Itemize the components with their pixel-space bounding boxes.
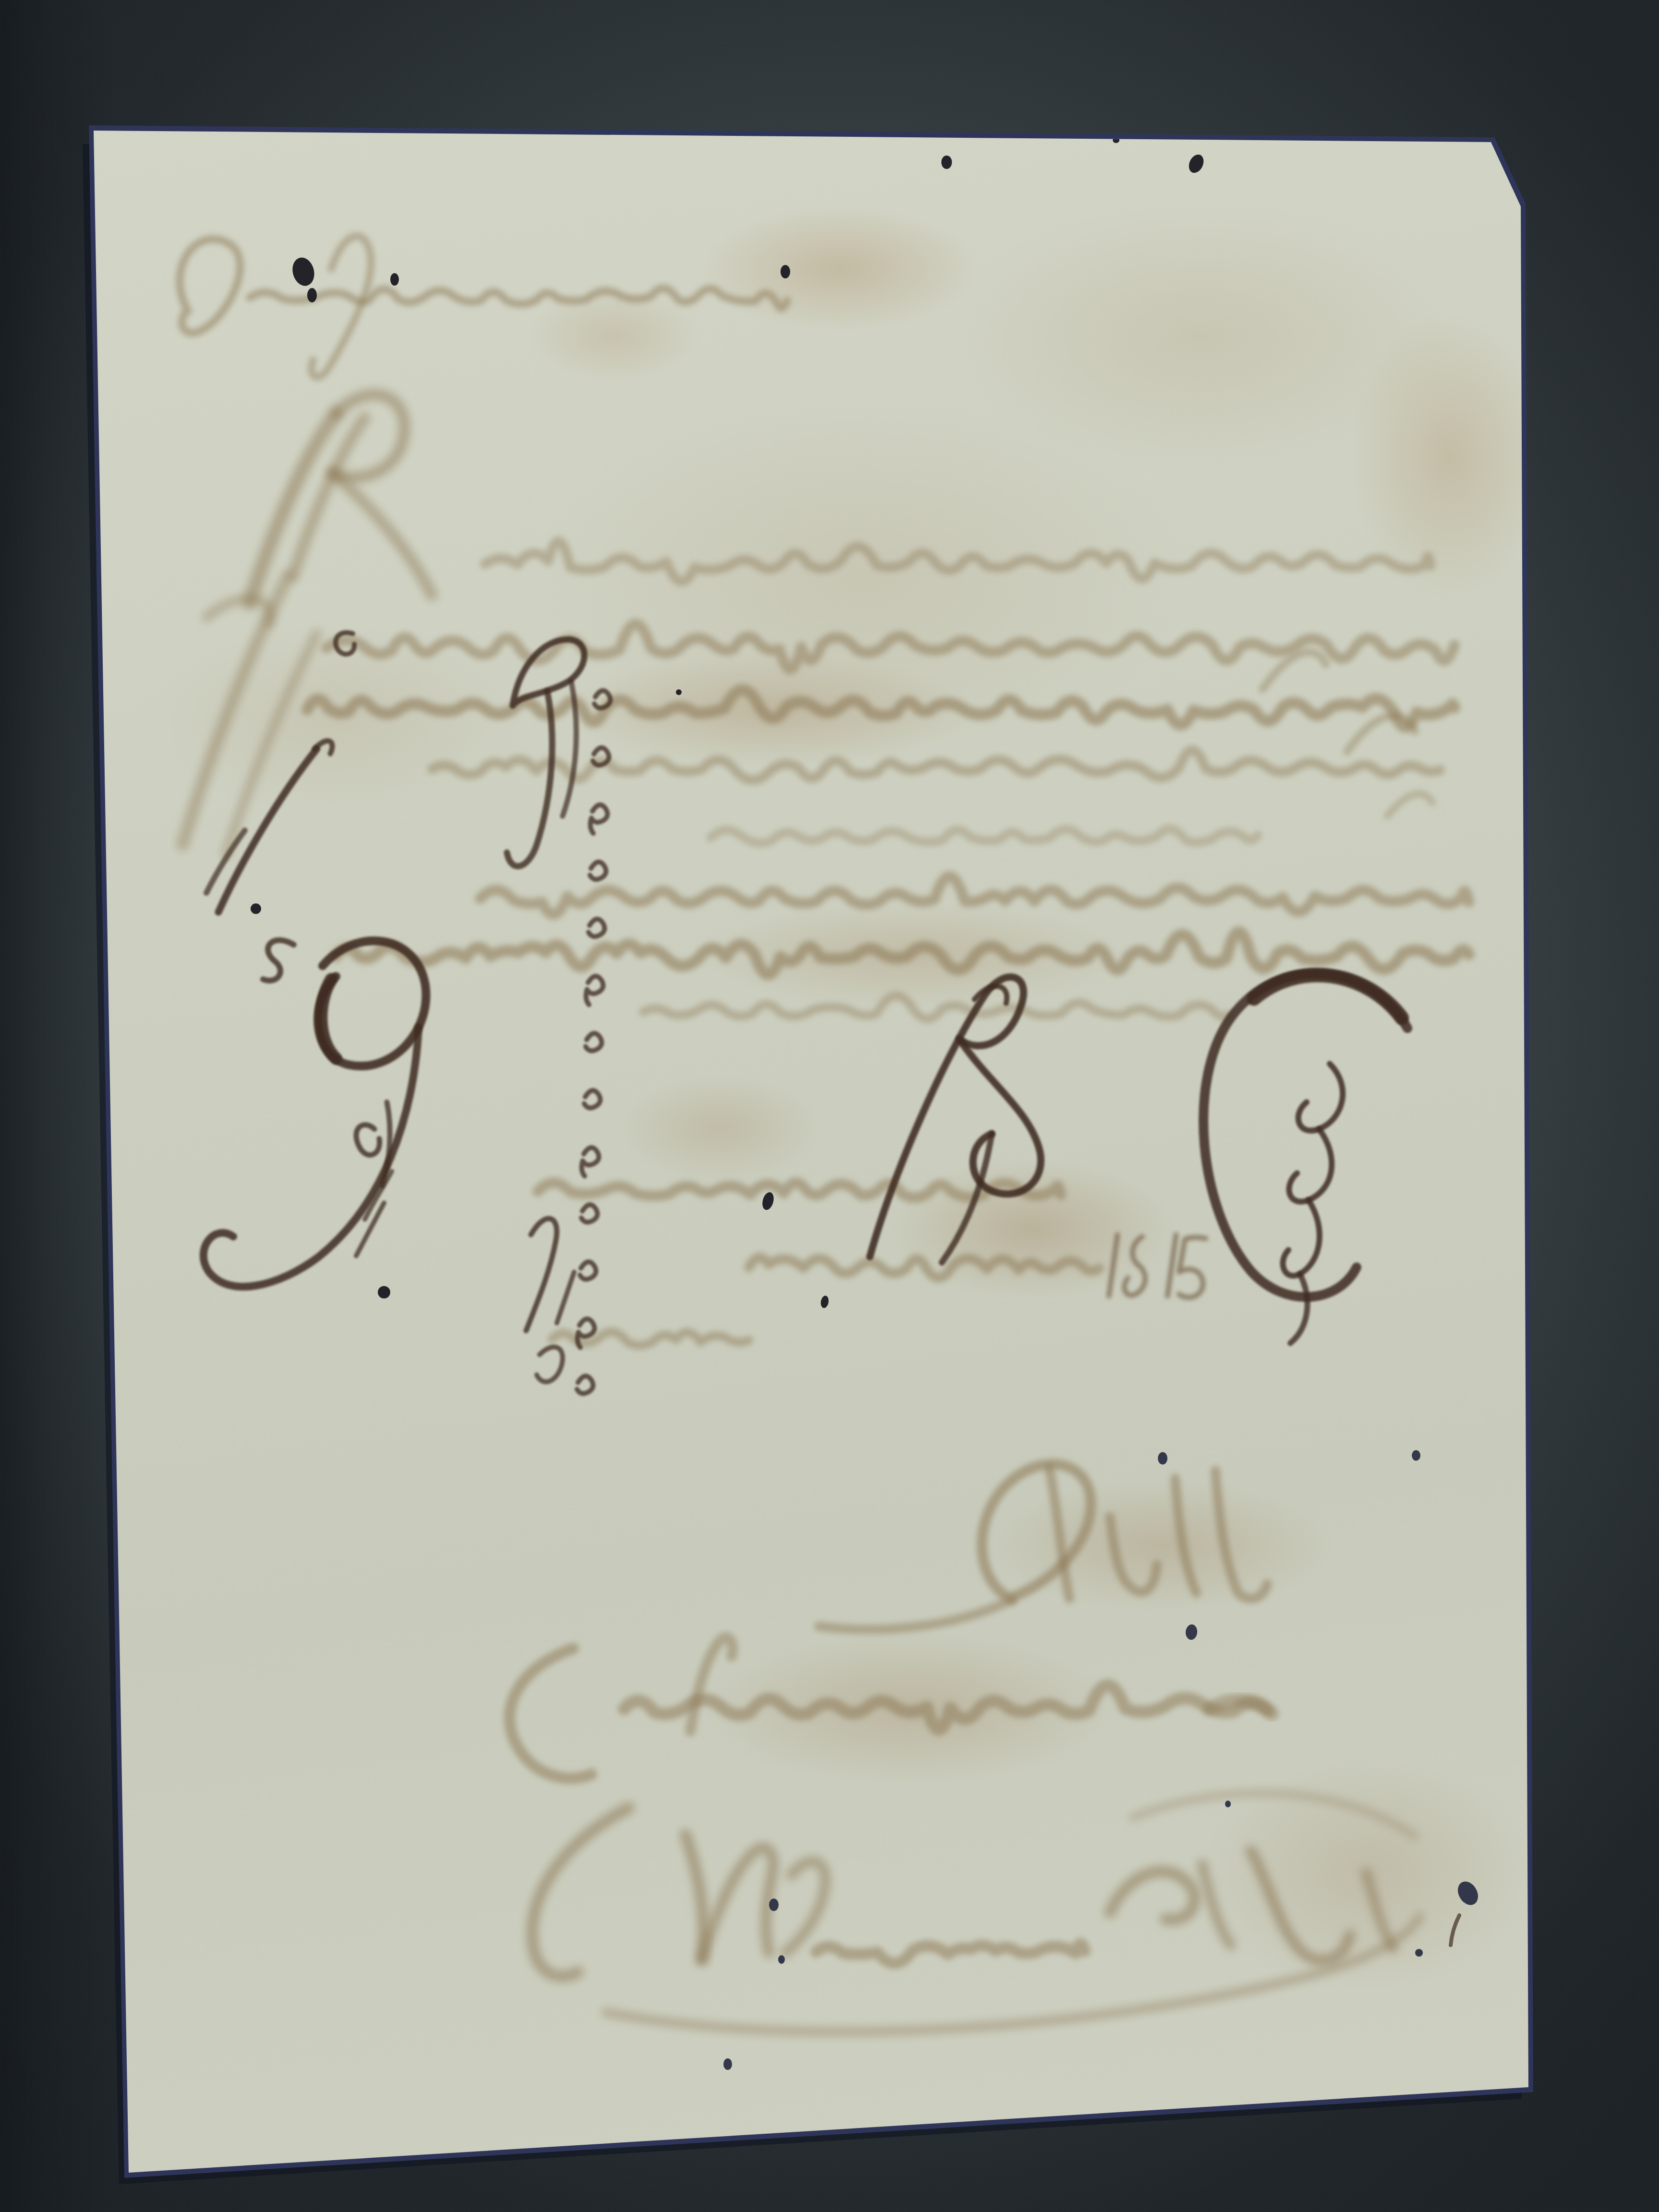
ink-blot [1186, 152, 1206, 175]
ink-blot [769, 1899, 779, 1911]
faded-date-numerals [1109, 1235, 1206, 1298]
ink-blot [1415, 1949, 1423, 1957]
ink-blot [723, 2058, 732, 2070]
faded-heading-script [180, 236, 787, 377]
ink-blot [778, 1955, 785, 1964]
dark-ink-flourishes [870, 974, 1407, 1343]
ink-blot [347, 836, 411, 871]
ink-blot [1412, 1450, 1420, 1461]
ink-blot [1454, 1878, 1482, 1909]
photo-backdrop: Photograph of an aged handwritten manusc… [0, 0, 1659, 2212]
ink-blot [941, 156, 952, 169]
ink-blot [289, 255, 317, 288]
ink-blot [1185, 1624, 1198, 1640]
ink-blot [1225, 1801, 1231, 1807]
ink-blots [251, 125, 1482, 2070]
dashed-ink-column [577, 691, 611, 1394]
manuscript-page [0, 0, 1659, 2212]
ink-blot [760, 1191, 775, 1211]
faded-closing-word [819, 1464, 1267, 1629]
ink-blot [676, 689, 682, 695]
faded-right-fragments [1262, 652, 1432, 816]
faded-flourished-line [509, 1637, 1272, 1778]
ink-blot [918, 127, 945, 153]
faded-large-initial [182, 395, 432, 854]
faded-body-script [307, 541, 1469, 1346]
ink-blot [820, 1295, 829, 1309]
ink-blot [251, 903, 261, 914]
dark-margin-numerals [204, 633, 584, 1382]
ink-blot [378, 1286, 390, 1298]
ink-blot [307, 288, 317, 302]
ink-blot [781, 265, 790, 278]
ink-blot [1158, 1452, 1167, 1465]
ink-blot [390, 273, 399, 286]
faded-signature [532, 1793, 1420, 2032]
handwriting-layer [0, 0, 1659, 2212]
